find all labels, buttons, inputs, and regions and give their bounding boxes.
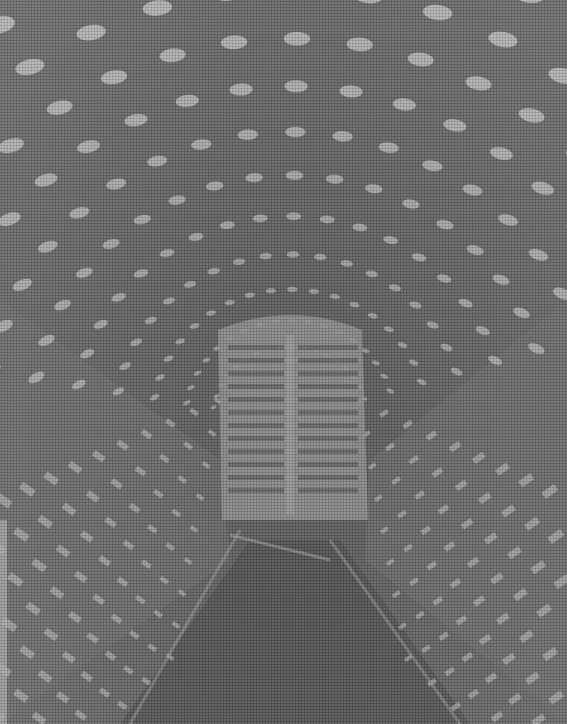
tunnel-scene	[0, 0, 567, 724]
tunnel-photograph	[0, 0, 567, 724]
print-edge	[0, 520, 7, 724]
